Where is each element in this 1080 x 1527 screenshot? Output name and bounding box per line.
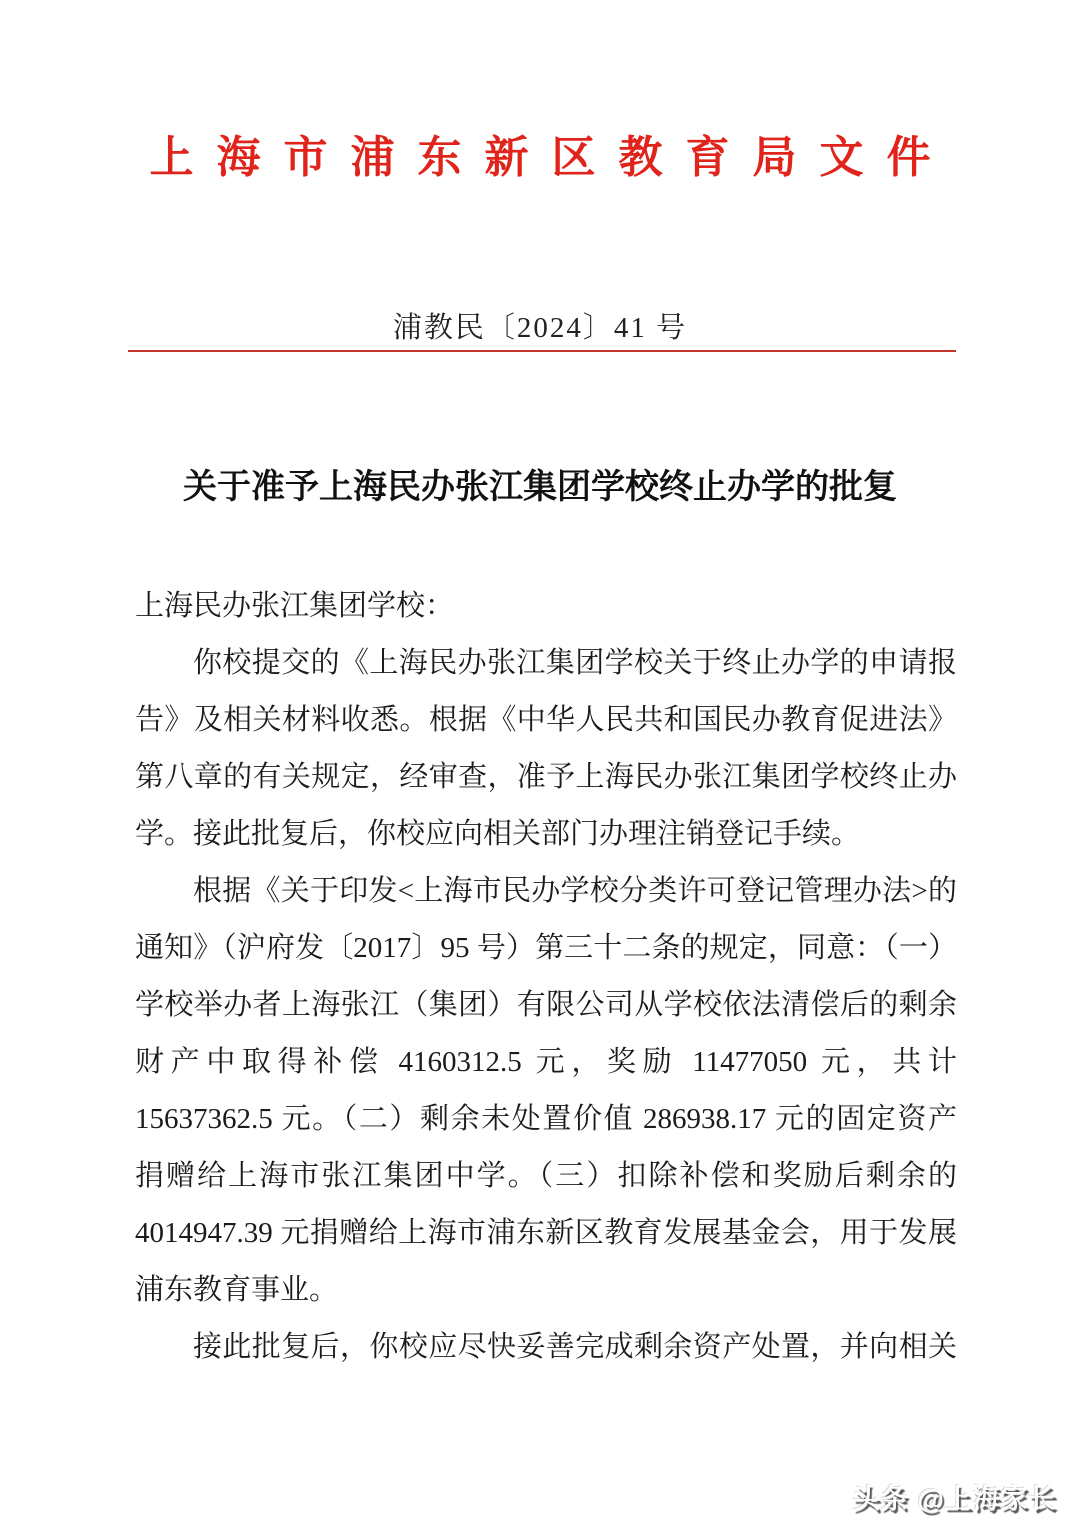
body-line: 捐赠给上海市张江集团中学。（三）扣除补偿和奖励后剩余的 [135, 1148, 957, 1205]
red-divider-line [128, 350, 956, 352]
body-line: 15637362.5 元。（二）剩余未处置价值 286938.17 元的固定资产 [135, 1091, 957, 1148]
document-body: 上海民办张江集团学校： 你校提交的《上海民办张江集团学校关于终止办学的申请报 告… [135, 578, 957, 1376]
body-line: 通知》（沪府发〔2017〕95 号）第三十二条的规定，同意：（一） [135, 920, 957, 977]
body-line: 你校提交的《上海民办张江集团学校关于终止办学的申请报 [135, 635, 957, 692]
document-title: 关于准予上海民办张江集团学校终止办学的批复 [0, 469, 1080, 507]
body-line: 接此批复后，你校应尽快妥善完成剩余资产处置，并向相关 [135, 1319, 957, 1376]
body-line: 浦东教育事业。 [135, 1262, 957, 1319]
body-line: 根据《关于印发<上海市民办学校分类许可登记管理办法>的 [135, 863, 957, 920]
toutiao-watermark: 头条 @上海家长 [853, 1477, 1057, 1516]
body-line: 告》及相关材料收悉。根据《中华人民共和国民办教育促进法》 [135, 692, 957, 749]
body-line: 学。接此批复后，你校应向相关部门办理注销登记手续。 [135, 806, 957, 863]
body-line-salutation: 上海民办张江集团学校： [135, 578, 957, 635]
body-line: 4014947.39 元捐赠给上海市浦东新区教育发展基金会，用于发展 [135, 1205, 957, 1262]
body-line: 第八章的有关规定，经审查，准予上海民办张江集团学校终止办 [135, 749, 957, 806]
document-number: 浦教民〔2024〕41 号 [0, 310, 1080, 346]
official-document-page: 上海市浦东新区教育局文件 浦教民〔2024〕41 号 关于准予上海民办张江集团学… [0, 0, 1080, 1527]
body-line: 财产中取得补偿 4160312.5 元，奖励 11477050 元，共计 [135, 1034, 957, 1091]
agency-header: 上海市浦东新区教育局文件 [0, 134, 1080, 182]
body-line: 学校举办者上海张江（集团）有限公司从学校依法清偿后的剩余 [135, 977, 957, 1034]
